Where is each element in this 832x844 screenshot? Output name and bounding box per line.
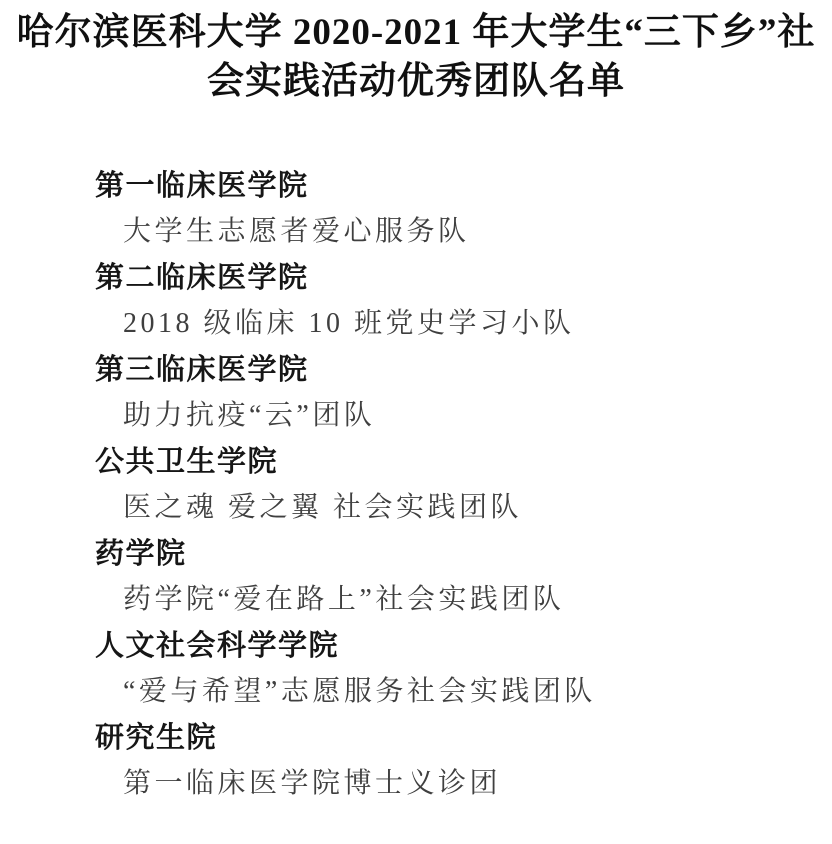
team-name: 大学生志愿者爱心服务队 [123,209,802,255]
list-item: 研究生院 第一临床医学院博士义诊团 [95,715,802,807]
team-name: 药学院“爱在路上”社会实践团队 [123,577,802,623]
college-heading: 研究生院 [95,715,802,761]
list-item: 第三临床医学院 助力抗疫“云”团队 [95,347,802,439]
team-name: 医之魂 爱之翼 社会实践团队 [123,485,802,531]
team-name: “爱与希望”志愿服务社会实践团队 [123,669,802,715]
team-list: 第一临床医学院 大学生志愿者爱心服务队 第二临床医学院 2018 级临床 10 … [95,163,802,807]
college-heading: 公共卫生学院 [95,439,802,485]
document-title-line1: 哈尔滨医科大学 2020-2021 年大学生“三下乡”社 [0,8,832,57]
list-item: 药学院 药学院“爱在路上”社会实践团队 [95,531,802,623]
list-item: 人文社会科学学院 “爱与希望”志愿服务社会实践团队 [95,623,802,715]
list-item: 公共卫生学院 医之魂 爱之翼 社会实践团队 [95,439,802,531]
college-heading: 第三临床医学院 [95,347,802,393]
list-item: 第一临床医学院 大学生志愿者爱心服务队 [95,163,802,255]
team-name: 2018 级临床 10 班党史学习小队 [123,301,802,347]
document-page: 哈尔滨医科大学 2020-2021 年大学生“三下乡”社 会实践活动优秀团队名单… [0,0,832,844]
team-name: 第一临床医学院博士义诊团 [123,761,802,807]
list-item: 第二临床医学院 2018 级临床 10 班党史学习小队 [95,255,802,347]
document-title: 哈尔滨医科大学 2020-2021 年大学生“三下乡”社 会实践活动优秀团队名单 [0,0,832,106]
document-title-line2: 会实践活动优秀团队名单 [0,57,832,106]
college-heading: 药学院 [95,531,802,577]
college-heading: 第一临床医学院 [95,163,802,209]
college-heading: 第二临床医学院 [95,255,802,301]
team-name: 助力抗疫“云”团队 [123,393,802,439]
college-heading: 人文社会科学学院 [95,623,802,669]
